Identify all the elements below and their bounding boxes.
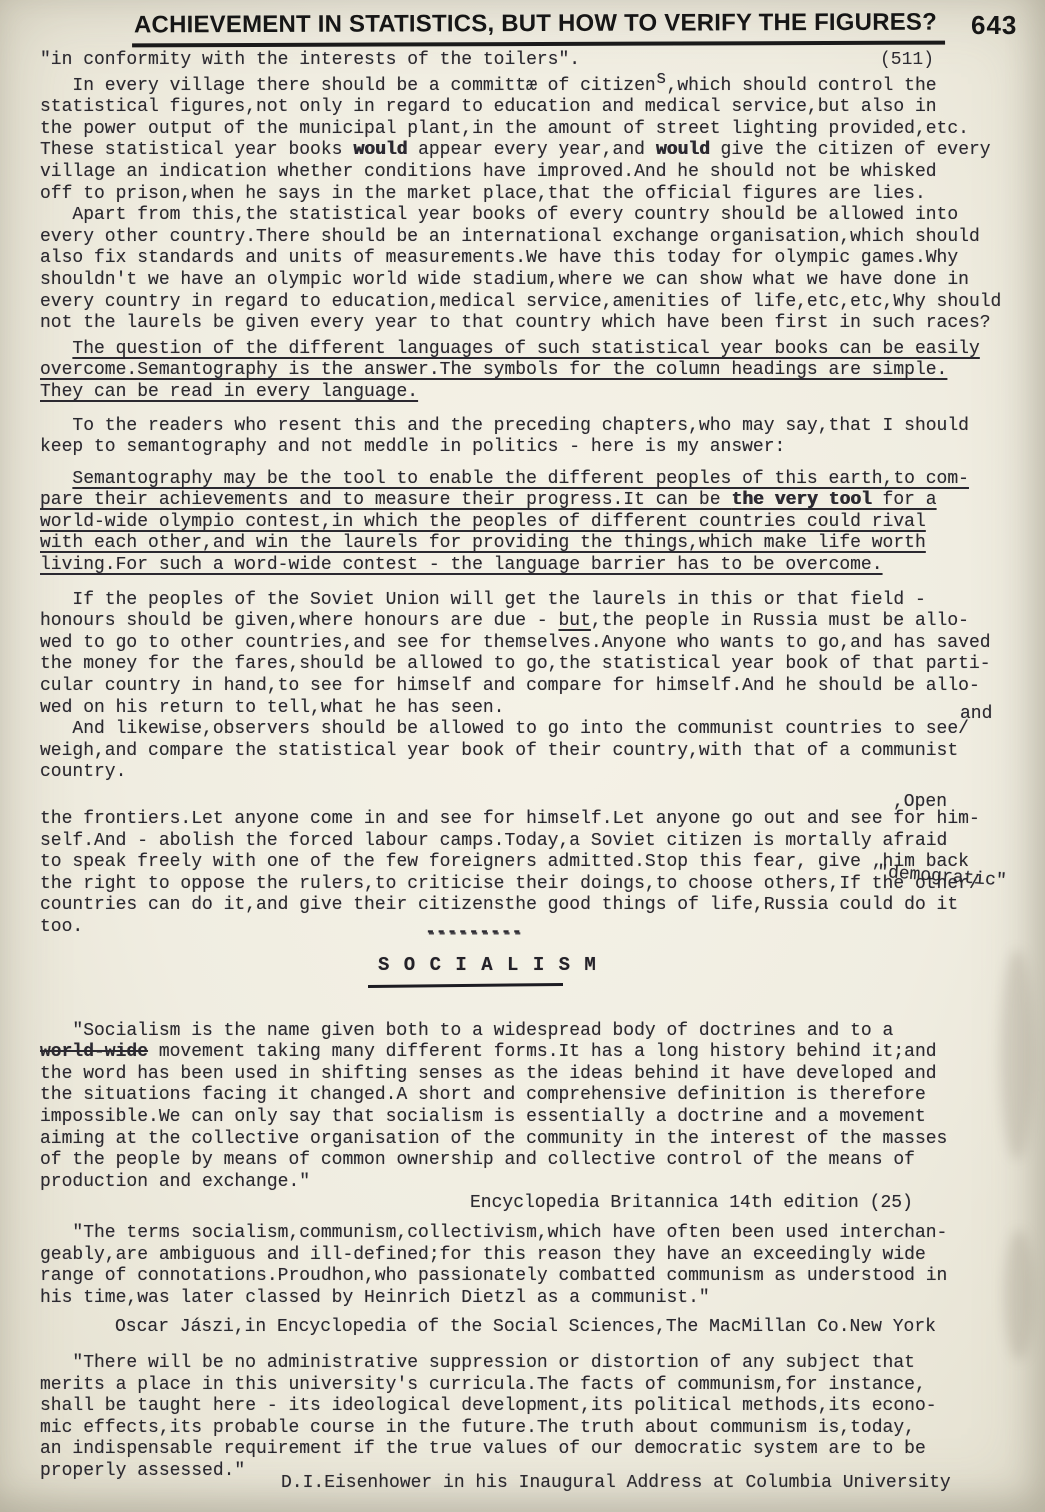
- text-line: In every village there should be a commi…: [40, 76, 1045, 98]
- text-line: self.And - abolish the forced labour cam…: [40, 831, 1045, 853]
- text-line: his time,was later classed by Heinrich D…: [40, 1288, 1045, 1310]
- text-line: aiming at the collective organisation of…: [40, 1129, 1045, 1151]
- text-line: mic effects,its probable course in the f…: [40, 1418, 1045, 1440]
- text-line: of the people by means of common ownersh…: [40, 1150, 1045, 1172]
- para-to-the-readers: To the readers who resent this and the p…: [40, 416, 1045, 459]
- text-line: not the laurels be given every year to t…: [40, 313, 1045, 335]
- page-number: 643: [971, 10, 1017, 41]
- text-line: the money for the fares,should be allowe…: [40, 654, 1045, 676]
- para-question-of-languages: The question of the different languages …: [40, 339, 1045, 404]
- text-line: village an indication whether conditions…: [40, 162, 1045, 184]
- text-line: pare their achievements and to measure t…: [40, 490, 1045, 512]
- text-line: impossible.We can only say that socialis…: [40, 1107, 1045, 1129]
- para-eisenhower: "There will be no administrative suppres…: [40, 1353, 1045, 1494]
- scan-artifact: [1004, 1230, 1034, 1360]
- text-line: And likewise,observers should be allowed…: [40, 719, 1045, 741]
- page-title: ACHIEVEMENT IN STATISTICS, BUT HOW TO VE…: [132, 9, 945, 48]
- text-line: living.For such a word-wide contest - th…: [40, 555, 1045, 577]
- text-line: "There will be no administrative suppres…: [40, 1353, 1045, 1375]
- text-line: range of connotations.Proudhon,who passi…: [40, 1266, 1045, 1288]
- text-line: They can be read in every language.: [40, 382, 1045, 404]
- document-body: "in conformity with the interests of the…: [40, 50, 1045, 1494]
- text-line: Apart from this,the statistical year boo…: [40, 205, 1045, 227]
- text-line: shouldn't we have an olympic world wide …: [40, 270, 1045, 292]
- text-line: wed on his return to tell,what he has se…: [40, 698, 1045, 720]
- text-line: Semantography may be the tool to enable …: [40, 469, 1045, 491]
- para-soviet-laurels: If the peoples of the Soviet Union will …: [40, 590, 1045, 720]
- text-line: every country in regard to education,med…: [40, 292, 1045, 314]
- text-line: keep to semantography and not meddle in …: [40, 437, 1045, 459]
- text-line: too.---------: [40, 917, 1045, 939]
- text-line: the right to oppose the rulers,to critic…: [40, 874, 1045, 896]
- text-line: These statistical year books would appea…: [40, 140, 1045, 162]
- para-semantography-tool: Semantography may be the tool to enable …: [40, 469, 1045, 577]
- text-line: cular country in hand,to see for himself…: [40, 676, 1045, 698]
- scanned-page: ACHIEVEMENT IN STATISTICS, BUT HOW TO VE…: [0, 0, 1045, 1512]
- text-line: world-wide olympio contest,in which the …: [40, 512, 1045, 534]
- page-header: ACHIEVEMENT IN STATISTICS, BUT HOW TO VE…: [40, 10, 1045, 48]
- interlinear-insertion: and: [960, 704, 992, 726]
- text-line: the situations facing it changed.A short…: [40, 1085, 1045, 1107]
- text-line: "The terms socialism,communism,collectiv…: [40, 1223, 1045, 1245]
- text-line: the power output of the municipal plant,…: [40, 119, 1045, 141]
- text-line: The question of the different languages …: [40, 339, 1045, 361]
- text-line: "Socialism is the name given both to a w…: [40, 1021, 1045, 1043]
- para-terms-socialism: "The terms socialism,communism,collectiv…: [40, 1223, 1045, 1339]
- text-line: If the peoples of the Soviet Union will …: [40, 590, 1045, 612]
- text-line: also fix standards and units of measurem…: [40, 248, 1045, 270]
- text-line: D.I.Eisenhower in his Inaugural Address …: [40, 1473, 1045, 1495]
- interlinear-insertion: ,Open: [893, 792, 947, 814]
- header-row: ACHIEVEMENT IN STATISTICS, BUT HOW TO VE…: [40, 10, 1045, 48]
- heading-underline: [368, 983, 563, 988]
- text-line: weigh,and compare the statistical year b…: [40, 741, 1045, 763]
- text-line: off to prison,when he says in the market…: [40, 184, 1045, 206]
- text-line: every other country.There should be an i…: [40, 227, 1045, 249]
- text-line: "in conformity with the interests of the…: [40, 50, 1045, 72]
- text-line: the frontiers.Let anyone come in and see…: [40, 809, 1045, 831]
- text-line: countries can do it,and give their citiz…: [40, 895, 1045, 917]
- para-socialism-definition: "Socialism is the name given both to a w…: [40, 1021, 1045, 1215]
- para-apart-from-this: Apart from this,the statistical year boo…: [40, 205, 1045, 335]
- interlinear-insertion: ---------: [425, 922, 522, 944]
- text-line: overcome.Semantography is the answer.The…: [40, 360, 1045, 382]
- text-line: S O C I A L I S M: [40, 955, 1045, 977]
- text-line: an indispensable requirement if the true…: [40, 1439, 1045, 1461]
- text-line: statistical figures,not only in regard t…: [40, 97, 1045, 119]
- para-observers: And likewise,observers should be allowed…: [40, 719, 1045, 784]
- section-heading-socialism: S O C I A L I S M: [40, 955, 1045, 987]
- scan-artifact: [1000, 950, 1034, 1160]
- text-line: geably,are ambiguous and ill-defined;for…: [40, 1245, 1045, 1267]
- text-line: Oscar Jászi,in Encyclopedia of the Socia…: [40, 1317, 1045, 1339]
- text-line: world-wide movement taking many differen…: [40, 1042, 1045, 1064]
- text-line: To the readers who resent this and the p…: [40, 416, 1045, 438]
- text-line: the word has been used in shifting sense…: [40, 1064, 1045, 1086]
- para-open-frontiers: the frontiers.Let anyone come in and see…: [40, 809, 1045, 939]
- text-line: shall be taught here - its ideological d…: [40, 1396, 1045, 1418]
- text-line: wed to go to other countries,and see for…: [40, 633, 1045, 655]
- para-every-village: In every village there should be a commi…: [40, 76, 1045, 206]
- opening-line: "in conformity with the interests of the…: [40, 50, 1045, 72]
- text-line: honours should be given,where honours ar…: [40, 611, 1045, 633]
- text-line: production and exchange.": [40, 1172, 1045, 1194]
- text-line: Encyclopedia Britannica 14th edition (25…: [40, 1193, 1045, 1215]
- text-line: merits a place in this university's curr…: [40, 1375, 1045, 1397]
- text-line: with each other,and win the laurels for …: [40, 533, 1045, 555]
- text-line: country.: [40, 762, 1045, 784]
